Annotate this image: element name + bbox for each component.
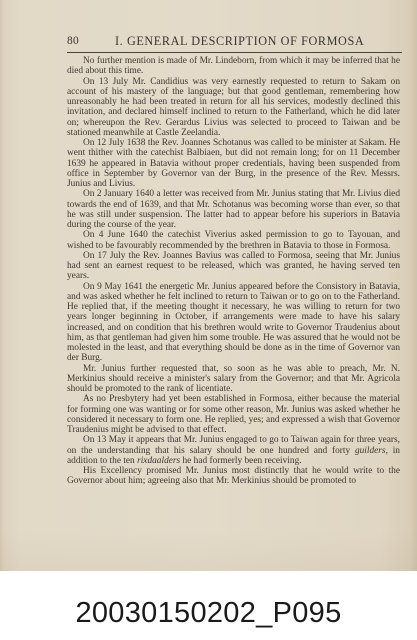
paragraph: On 13 July Mr. Candidius was very earnes… [67,77,400,139]
paragraph: On 12 July 1638 the Rev. Joannes Schotan… [67,138,400,189]
scanned-book-page: 80 I. GENERAL DESCRIPTION OF FORMOSA No … [0,0,417,571]
header-rule [67,52,402,53]
paragraph: On 13 May it appears that Mr. Junius eng… [67,435,400,466]
paragraph: Mr. Junius further requested that, so so… [67,364,400,395]
page-number: 80 [67,35,79,47]
page-header: 80 I. GENERAL DESCRIPTION OF FORMOSA [67,33,402,51]
paragraph: On 9 May 1641 the energetic Mr. Junius a… [67,282,400,364]
italic-term-rixdaalders: rixdaalders [137,456,180,466]
italic-term-guilders: guilders [355,446,386,456]
body-text: No further mention is made of Mr. Lindeb… [67,56,400,487]
paragraph: On 2 January 1640 a letter was received … [67,189,400,230]
running-title: I. GENERAL DESCRIPTION OF FORMOSA [115,34,364,49]
paragraph-text: he had formerly been receiving. [180,456,301,466]
paragraph: On 4 June 1640 the catechist Viverius as… [67,230,400,251]
paragraph: No further mention is made of Mr. Lindeb… [67,56,400,77]
paragraph: On 17 July the Rev. Joannes Bavius was c… [67,251,400,282]
archive-id-label: 20030150202_P095 [0,597,417,630]
paragraph-text: On 13 May it appears that Mr. Junius eng… [67,435,400,455]
paragraph: His Excellency promised Mr. Junius most … [67,466,400,487]
paragraph: As no Presbytery had yet been establishe… [67,394,400,435]
